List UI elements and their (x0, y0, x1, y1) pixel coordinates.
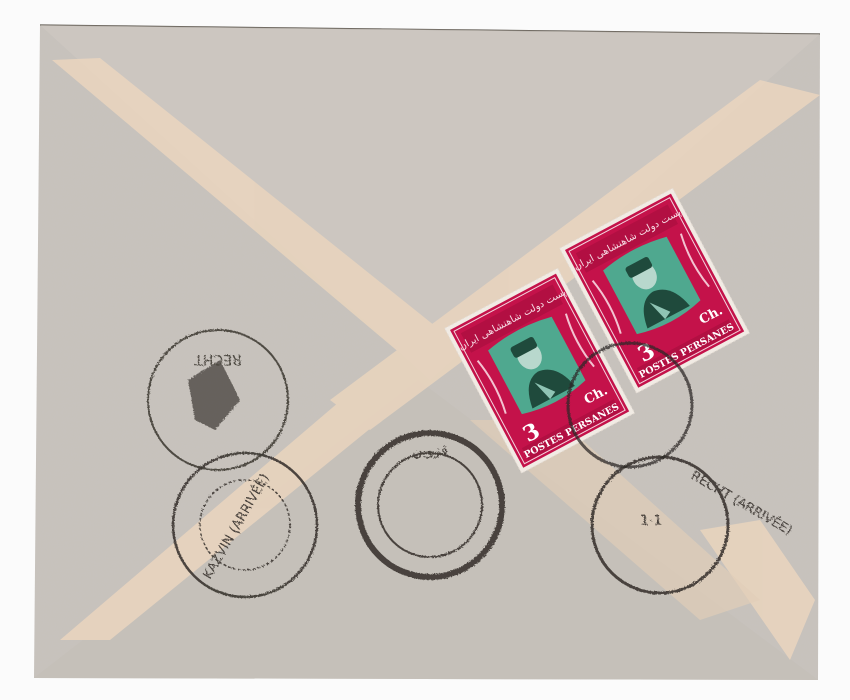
svg-text:قزوین: قزوین (412, 443, 448, 459)
envelope-photo: پست دولت شاهنشاهی ایران 3 Ch. POSTES PER… (0, 0, 850, 700)
svg-text:1·1: 1·1 (640, 513, 662, 529)
svg-text:RECHT: RECHT (194, 351, 242, 367)
